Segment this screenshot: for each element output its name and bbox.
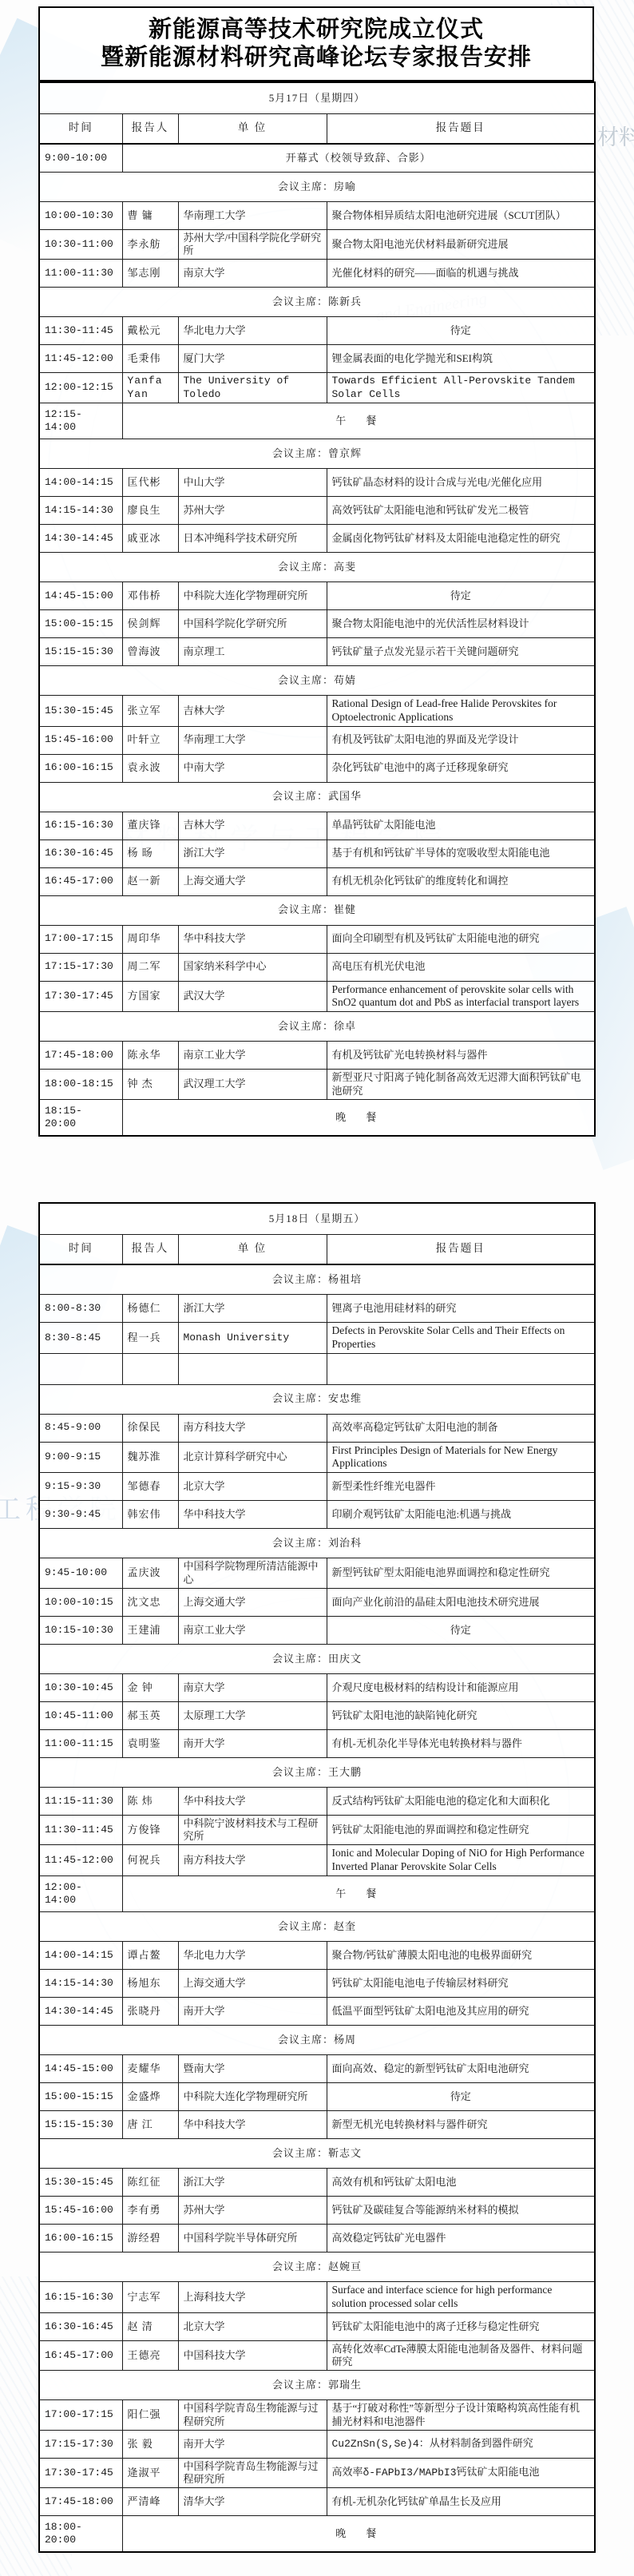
speaker-cell: 赵一新	[122, 867, 178, 895]
meal-cell: 晚 餐	[122, 1099, 595, 1136]
time-cell: 10:30-10:45	[39, 1673, 122, 1701]
talk-row: 11:00-11:30邹志刚南京大学光催化材料的研究——面临的机遇与挑战	[39, 260, 595, 288]
speaker-cell: 王建浦	[122, 1616, 178, 1644]
time-cell: 10:30-11:00	[39, 229, 122, 260]
session-chair-cell: 会议主席：武国华	[39, 782, 595, 812]
session-chair-cell: 会议主席：杨祖培	[39, 1264, 595, 1295]
talk-title-cell: 反式结构钙钛矿太阳能电池的稳定化和大面积化	[327, 1787, 595, 1815]
talk-row: 15:00-15:15金盛烨中科院大连化学物理研究所待定	[39, 2083, 595, 2111]
document-title: 新能源高等技术研究院成立仪式 暨新能源材料研究高峰论坛专家报告安排	[38, 6, 594, 81]
time-cell: 16:15-16:30	[39, 812, 122, 839]
meal-row: 18:15- 20:00晚 餐	[39, 1099, 595, 1136]
org-cell: 华南理工大学	[178, 726, 327, 754]
time-cell: 15:00-15:15	[39, 609, 122, 637]
speaker-cell: 周二军	[122, 953, 178, 981]
meal-cell: 晚 餐	[122, 2516, 595, 2553]
time-cell: 14:30-14:45	[39, 524, 122, 552]
speaker-cell: 张立军	[122, 695, 178, 726]
talk-row: 11:15-11:30陈 炜华中科技大学反式结构钙钛矿太阳能电池的稳定化和大面积…	[39, 1787, 595, 1815]
session-chair-cell: 会议主席：赵婉亘	[39, 2253, 595, 2282]
chair-row: 会议主席：赵奎	[39, 1912, 595, 1942]
talk-row: 17:15-17:30周二军国家纳米科学中心高电压有机光伏电池	[39, 953, 595, 981]
talk-row: 14:45-15:00麦耀华暨南大学面向高效、稳定的新型钙钛矿太阳电池研究	[39, 2055, 595, 2083]
talk-row: 16:00-16:15袁永波中南大学杂化钙钛矿电池中的离子迁移现象研究	[39, 754, 595, 782]
org-cell: 北京计算科学研究中心	[178, 1442, 327, 1473]
time-cell: 10:00-10:15	[39, 1588, 122, 1616]
speaker-cell: 戚亚冰	[122, 524, 178, 552]
talk-title-cell: 面向高效、稳定的新型钙钛矿太阳电池研究	[327, 2055, 595, 2083]
time-cell: 10:00-10:30	[39, 201, 122, 229]
talk-row: 18:00-18:15钟 杰武汉理工大学新型亚尺寸阳离子钝化制备高效无迟滞大面积…	[39, 1070, 595, 1100]
time-cell: 8:00-8:30	[39, 1294, 122, 1322]
chair-row: 会议主席：靳志文	[39, 2139, 595, 2169]
speaker-cell: 金盛烨	[122, 2083, 178, 2111]
session-chair-cell: 会议主席：郭瑞生	[39, 2371, 595, 2400]
speaker-cell: 唐 江	[122, 2111, 178, 2139]
time-cell: 9:30-9:45	[39, 1501, 122, 1529]
time-cell: 8:30-8:45	[39, 1322, 122, 1353]
talk-row: 17:00-17:15阳仁强中国科学院青岛生物能源与过程研究所基于“打破对称性”…	[39, 2400, 595, 2431]
org-cell: 华中科技大学	[178, 2111, 327, 2139]
session-chair-cell: 会议主席：苟婧	[39, 665, 595, 695]
time-cell: 14:45-15:00	[39, 2055, 122, 2083]
speaker-cell: 袁永波	[122, 754, 178, 782]
meal-row: 12:15- 14:00午 餐	[39, 403, 595, 439]
org-cell: 华中科技大学	[178, 1501, 327, 1529]
time-cell: 17:30-17:45	[39, 2458, 122, 2488]
chair-row: 会议主席：杨祖培	[39, 1264, 595, 1295]
org-cell: 国家纳米科学中心	[178, 953, 327, 981]
org-cell: 中科院大连化学物理研究所	[178, 2083, 327, 2111]
talk-title-cell: 钙钛矿及碳硅复合等能源纳米材料的模拟	[327, 2197, 595, 2225]
time-cell: 15:00-15:15	[39, 2083, 122, 2111]
time-cell: 17:00-17:15	[39, 925, 122, 953]
time-cell: 14:30-14:45	[39, 1998, 122, 2026]
time-cell: 15:45-16:00	[39, 726, 122, 754]
speaker-cell: 魏苏淮	[122, 1442, 178, 1473]
talk-row: 8:00-8:30杨德仁浙江大学锂离子电池用硅材料的研究	[39, 1294, 595, 1322]
org-cell: 南京工业大学	[178, 1616, 327, 1644]
org-cell: 厦门大学	[178, 345, 327, 373]
time-cell: 16:45-17:00	[39, 2340, 122, 2371]
speaker-cell: 匡代彬	[122, 468, 178, 496]
time-cell: 9:00-10:00	[39, 144, 122, 173]
talk-title-cell: 印刷介观钙钛矿太阳能电池:机遇与挑战	[327, 1501, 595, 1529]
talk-title-cell: 基于有机和钙钛矿半导体的宽吸收型太阳能电池	[327, 839, 595, 867]
meal-cell: 午 餐	[122, 403, 595, 439]
time-cell: 17:30-17:45	[39, 981, 122, 1012]
talk-title-cell: 高效率高稳定钙钛矿太阳电池的制备	[327, 1414, 595, 1442]
talk-row: 11:45-12:00何祝兵南方科技大学Ionic and Molecular …	[39, 1845, 595, 1876]
speaker-cell: 宁志军	[122, 2282, 178, 2313]
org-cell: 南京理工	[178, 637, 327, 665]
org-cell: 中国科技大学	[178, 2340, 327, 2371]
talk-row: 10:15-10:30王建浦南京工业大学待定	[39, 1616, 595, 1644]
time-cell: 10:15-10:30	[39, 1616, 122, 1644]
speaker-cell: 周印华	[122, 925, 178, 953]
time-cell: 14:15-14:30	[39, 496, 122, 524]
talk-row: 14:45-15:00邓伟桥中科院大连化学物理研究所待定	[39, 581, 595, 609]
talk-title-cell: 锂离子电池用硅材料的研究	[327, 1294, 595, 1322]
talk-title-cell: 低温平面型钙钛矿太阳电池及其应用的研究	[327, 1998, 595, 2026]
org-cell: The University of Toledo	[178, 373, 327, 403]
talk-row: 17:30-17:45方国家武汉大学Performance enhancemen…	[39, 981, 595, 1012]
talk-row: 16:45-17:00赵一新上海交通大学有机无机杂化钙钛矿的维度转化和调控	[39, 867, 595, 895]
talk-row: 17:00-17:15周印华华中科技大学面向全印刷型有机及钙钛矿太阳能电池的研究	[39, 925, 595, 953]
speaker-cell: Yanfa Yan	[122, 373, 178, 403]
org-cell: 南京大学	[178, 1673, 327, 1701]
org-cell: 上海科技大学	[178, 2282, 327, 2313]
talk-row: 14:30-14:45戚亚冰日本冲绳科学技术研究所金属卤化物钙钛矿材料及太阳能电…	[39, 524, 595, 552]
speaker-cell: 沈文忠	[122, 1588, 178, 1616]
time-cell: 11:45-12:00	[39, 345, 122, 373]
talk-row: 16:15-16:30宁志军上海科技大学Surface and interfac…	[39, 2282, 595, 2313]
talk-row: 12:00-12:15Yanfa YanThe University of To…	[39, 373, 595, 403]
speaker-cell: 张晓丹	[122, 1998, 178, 2026]
org-cell: 上海交通大学	[178, 1970, 327, 1998]
speaker-cell: 何祝兵	[122, 1845, 178, 1876]
talk-title-cell: 新型柔性纤维光电器件	[327, 1473, 595, 1501]
talk-title-cell: 有机-无机杂化半导体光电转换材料与器件	[327, 1729, 595, 1757]
org-cell: 中国科学院化学研究所	[178, 609, 327, 637]
speaker-cell: 叶轩立	[122, 726, 178, 754]
org-cell: 中国科学院半导体研究所	[178, 2225, 327, 2253]
session-chair-cell: 会议主席：杨周	[39, 2026, 595, 2055]
talk-row: 9:45-10:00孟庆波中国科学院物理所清洁能源中心新型钙钛矿型太阳能电池界面…	[39, 1558, 595, 1589]
time-cell: 11:30-11:45	[39, 1815, 122, 1845]
talk-row: 14:15-14:30杨旭东上海交通大学钙钛矿太阳能电池电子传输层材料研究	[39, 1970, 595, 1998]
session-chair-cell: 会议主席：曾京辉	[39, 439, 595, 468]
org-cell: 吉林大学	[178, 812, 327, 839]
session-chair-cell: 会议主席：王大鹏	[39, 1757, 595, 1787]
time-cell: 15:30-15:45	[39, 2169, 122, 2197]
speaker-cell: 李永舫	[122, 229, 178, 260]
time-cell: 14:45-15:00	[39, 581, 122, 609]
talk-title-cell: 有机及钙钛矿光电转换材料与器件	[327, 1042, 595, 1070]
talk-title-cell: 介观尺度电极材料的结构设计和能源应用	[327, 1673, 595, 1701]
talk-title-cell: 杂化钙钛矿电池中的离子迁移现象研究	[327, 754, 595, 782]
org-cell: 南开大学	[178, 1729, 327, 1757]
empty-cell	[122, 1353, 178, 1384]
schedule-table-day2: 5月18日（星期五）时间报告人单 位报告题目会议主席：杨祖培8:00-8:30杨…	[38, 1202, 596, 2554]
speaker-cell: 戴松元	[122, 317, 178, 345]
session-chair-cell: 会议主席：安忠维	[39, 1384, 595, 1414]
time-cell: 15:45-16:00	[39, 2197, 122, 2225]
talk-title-cell: 待定	[327, 581, 595, 609]
org-cell: 南京大学	[178, 260, 327, 288]
talk-title-cell: 金属卤化物钙钛矿材料及太阳能电池稳定性的研究	[327, 524, 595, 552]
talk-title-cell: First Principles Design of Materials for…	[327, 1442, 595, 1473]
speaker-cell: 王德亮	[122, 2340, 178, 2371]
speaker-cell: 钟 杰	[122, 1070, 178, 1100]
talk-title-cell: 高转化效率CdTe薄膜太阳能电池制备及器件、材料问题研究	[327, 2340, 595, 2371]
speaker-cell: 邹志刚	[122, 260, 178, 288]
time-cell: 9:45-10:00	[39, 1558, 122, 1589]
talk-row: 15:15-15:30唐 江华中科技大学新型无机光电转换材料与器件研究	[39, 2111, 595, 2139]
date-header-row: 5月17日（星期四）	[39, 82, 595, 114]
org-cell: 吉林大学	[178, 695, 327, 726]
talk-title-cell: 高电压有机光伏电池	[327, 953, 595, 981]
talk-row: 15:15-15:30曾海波南京理工钙钛矿量子点发光显示若干关键问题研究	[39, 637, 595, 665]
speaker-cell: 严清峰	[122, 2488, 178, 2516]
time-cell: 17:15-17:30	[39, 953, 122, 981]
time-cell: 12:15- 14:00	[39, 403, 122, 439]
schedule-table-day1: 5月17日（星期四）时间报告人单 位报告题目9:00-10:00开幕式（校领导致…	[38, 81, 596, 1137]
conference-schedule-document: 材料科学与工程学院 工程学院 材料 and Engineering 新能源高等技…	[0, 0, 634, 2576]
session-chair-cell: 会议主席：崔健	[39, 895, 595, 925]
talk-title-cell: 单晶钙钛矿太阳能电池	[327, 812, 595, 839]
empty-cell	[39, 1353, 122, 1384]
talk-title-cell: 有机及钙钛矿太阳电池的界面及光学设计	[327, 726, 595, 754]
talk-row: 15:45-16:00李有勇苏州大学钙钛矿及碳硅复合等能源纳米材料的模拟	[39, 2197, 595, 2225]
time-cell: 11:30-11:45	[39, 317, 122, 345]
session-chair-cell: 会议主席：田庆文	[39, 1644, 595, 1673]
chair-row: 会议主席：徐卓	[39, 1012, 595, 1042]
talk-title-cell: 新型钙钛矿型太阳能电池界面调控和稳定性研究	[327, 1558, 595, 1589]
speaker-cell: 陈 炜	[122, 1787, 178, 1815]
time-cell: 18:15- 20:00	[39, 1099, 122, 1136]
talk-title-cell: 新型无机光电转换材料与器件研究	[327, 2111, 595, 2139]
date-header-row: 5月18日（星期五）	[39, 1203, 595, 1235]
time-cell: 16:15-16:30	[39, 2282, 122, 2313]
column-header-0: 时间	[39, 113, 122, 144]
talk-row: 17:45-18:00陈永华南京工业大学有机及钙钛矿光电转换材料与器件	[39, 1042, 595, 1070]
talk-title-cell: 聚合物/钙钛矿薄膜太阳电池的电极界面研究	[327, 1942, 595, 1970]
column-header-row: 时间报告人单 位报告题目	[39, 1234, 595, 1264]
org-cell: 南方科技大学	[178, 1414, 327, 1442]
speaker-cell: 游经碧	[122, 2225, 178, 2253]
chair-row: 会议主席：郭瑞生	[39, 2371, 595, 2400]
talk-row: 10:00-10:30曹 镛华南理工大学聚合物体相异质结太阳电池研究进展（SCU…	[39, 201, 595, 229]
org-cell: 中国科学院青岛生物能源与过程研究所	[178, 2458, 327, 2488]
talk-title-cell: 钙钛矿晶态材料的设计合成与光电/光催化应用	[327, 468, 595, 496]
org-cell: 中科院宁波材料技术与工程研究所	[178, 1815, 327, 1845]
chair-row: 会议主席：田庆文	[39, 1644, 595, 1673]
talk-title-cell: 锂金属表面的电化学抛光和SEI构筑	[327, 345, 595, 373]
title-line-1: 新能源高等技术研究院成立仪式	[43, 16, 589, 44]
speaker-cell: 侯剑辉	[122, 609, 178, 637]
session-chair-cell: 会议主席：徐卓	[39, 1012, 595, 1042]
org-cell: 清华大学	[178, 2488, 327, 2516]
talk-title-cell: 面向产业化前沿的晶硅太阳电池技术研究进展	[327, 1588, 595, 1616]
time-cell: 16:00-16:15	[39, 754, 122, 782]
time-cell: 9:00-9:15	[39, 1442, 122, 1473]
talk-title-cell: Defects in Perovskite Solar Cells and Th…	[327, 1322, 595, 1353]
talk-title-cell: 高效有机和钙钛矿太阳电池	[327, 2169, 595, 2197]
speaker-cell: 董庆锋	[122, 812, 178, 839]
talk-title-cell: Towards Efficient All-Perovskite Tandem …	[327, 373, 595, 403]
speaker-cell: 杨旭东	[122, 1970, 178, 1998]
talk-title-cell: 钙钛矿太阳能电池中的离子迁移与稳定性研究	[327, 2312, 595, 2340]
talk-row: 17:15-17:30张 毅南开大学Cu2ZnSn(S,Se)4：从材料制备到器…	[39, 2430, 595, 2458]
org-cell: 华南理工大学	[178, 201, 327, 229]
speaker-cell: 廖良生	[122, 496, 178, 524]
session-chair-cell: 会议主席：刘治科	[39, 1529, 595, 1558]
org-cell: 苏州大学	[178, 2197, 327, 2225]
time-cell: 18:00-18:15	[39, 1070, 122, 1100]
time-cell: 16:30-16:45	[39, 839, 122, 867]
column-header-2: 单 位	[178, 113, 327, 144]
talk-row: 11:30-11:45方俊锋中科院宁波材料技术与工程研究所钙钛矿太阳能电池的界面…	[39, 1815, 595, 1845]
talk-row: 15:30-15:45陈红征浙江大学高效有机和钙钛矿太阳电池	[39, 2169, 595, 2197]
org-cell: 中国科学院物理所清洁能源中心	[178, 1558, 327, 1589]
talk-title-cell: 光催化材料的研究——面临的机遇与挑战	[327, 260, 595, 288]
talk-title-cell: 面向全印刷型有机及钙钛矿太阳能电池的研究	[327, 925, 595, 953]
talk-row: 10:45-11:00郝玉英太原理工大学钙钛矿太阳电池的缺陷钝化研究	[39, 1701, 595, 1729]
time-cell: 8:45-9:00	[39, 1414, 122, 1442]
column-header-1: 报告人	[122, 1234, 178, 1264]
empty-cell	[178, 1353, 327, 1384]
talk-title-cell: 待定	[327, 1616, 595, 1644]
schedule-content: 新能源高等技术研究院成立仪式 暨新能源材料研究高峰论坛专家报告安排 5月17日（…	[38, 6, 594, 2553]
speaker-cell: 金 钟	[122, 1673, 178, 1701]
org-cell: 浙江大学	[178, 839, 327, 867]
chair-row: 会议主席：刘治科	[39, 1529, 595, 1558]
org-cell: 中国科学院青岛生物能源与过程研究所	[178, 2400, 327, 2431]
talk-row: 10:00-10:15沈文忠上海交通大学面向产业化前沿的晶硅太阳电池技术研究进展	[39, 1588, 595, 1616]
talk-title-cell: 有机-无机杂化钙钛矿单晶生长及应用	[327, 2488, 595, 2516]
chair-row: 会议主席：房喻	[39, 172, 595, 201]
speaker-cell: 杨 旸	[122, 839, 178, 867]
talk-row: 17:45-18:00严清峰清华大学有机-无机杂化钙钛矿单晶生长及应用	[39, 2488, 595, 2516]
date-header: 5月17日（星期四）	[39, 82, 595, 114]
talk-title-cell: Surface and interface science for high p…	[327, 2282, 595, 2313]
time-cell: 14:00-14:15	[39, 468, 122, 496]
empty-cell	[327, 1353, 595, 1384]
session-chair-cell: 会议主席：高斐	[39, 552, 595, 581]
talk-title-cell: Ionic and Molecular Doping of NiO for Hi…	[327, 1845, 595, 1876]
talk-row: 9:00-9:15魏苏淮北京计算科学研究中心First Principles D…	[39, 1442, 595, 1473]
org-cell: 武汉理工大学	[178, 1070, 327, 1100]
time-cell: 16:45-17:00	[39, 867, 122, 895]
talk-title-cell: 高效稳定钙钛矿光电器件	[327, 2225, 595, 2253]
speaker-cell: 毛秉伟	[122, 345, 178, 373]
speaker-cell: 郝玉英	[122, 1701, 178, 1729]
speaker-cell: 阳仁强	[122, 2400, 178, 2431]
speaker-cell: 逄淑平	[122, 2458, 178, 2488]
org-cell: Monash University	[178, 1322, 327, 1353]
org-cell: 南京工业大学	[178, 1042, 327, 1070]
talk-title-cell: 聚合物太阳能电池中的光伏活性层材料设计	[327, 609, 595, 637]
time-cell: 15:15-15:30	[39, 2111, 122, 2139]
column-header-2: 单 位	[178, 1234, 327, 1264]
chair-row: 会议主席：曾京辉	[39, 439, 595, 468]
chair-row: 会议主席：崔健	[39, 895, 595, 925]
chair-row: 会议主席：杨周	[39, 2026, 595, 2055]
chair-row: 会议主席：陈新兵	[39, 288, 595, 317]
talk-title-cell: 钙钛矿太阳电池的缺陷钝化研究	[327, 1701, 595, 1729]
org-cell: 北京大学	[178, 2312, 327, 2340]
org-cell: 浙江大学	[178, 1294, 327, 1322]
time-cell: 14:00-14:15	[39, 1942, 122, 1970]
speaker-cell: 徐保民	[122, 1414, 178, 1442]
talk-row: 11:00-11:15袁明鉴南开大学有机-无机杂化半导体光电转换材料与器件	[39, 1729, 595, 1757]
time-cell: 11:45-12:00	[39, 1845, 122, 1876]
speaker-cell: 杨德仁	[122, 1294, 178, 1322]
org-cell: 中南大学	[178, 754, 327, 782]
org-cell: 中山大学	[178, 468, 327, 496]
time-cell: 17:45-18:00	[39, 2488, 122, 2516]
org-cell: 华中科技大学	[178, 925, 327, 953]
org-cell: 华北电力大学	[178, 317, 327, 345]
org-cell: 华北电力大学	[178, 1942, 327, 1970]
speaker-cell: 曹 镛	[122, 201, 178, 229]
talk-row: 14:15-14:30廖良生苏州大学高效钙钛矿太阳能电池和钙钛矿发光二极管	[39, 496, 595, 524]
org-cell: 中科院大连化学物理研究所	[178, 581, 327, 609]
time-cell: 11:00-11:15	[39, 1729, 122, 1757]
chair-row: 会议主席：武国华	[39, 782, 595, 812]
org-cell: 南开大学	[178, 1998, 327, 2026]
speaker-cell: 曾海波	[122, 637, 178, 665]
time-cell: 9:15-9:30	[39, 1473, 122, 1501]
time-cell: 12:00-12:15	[39, 373, 122, 403]
talk-row: 14:00-14:15谭占鳌华北电力大学聚合物/钙钛矿薄膜太阳电池的电极界面研究	[39, 1942, 595, 1970]
talk-row: 16:00-16:15游经碧中国科学院半导体研究所高效稳定钙钛矿光电器件	[39, 2225, 595, 2253]
talk-title-cell: 高效钙钛矿太阳能电池和钙钛矿发光二极管	[327, 496, 595, 524]
talk-row: 15:30-15:45张立军吉林大学Rational Design of Lea…	[39, 695, 595, 726]
chair-row: 会议主席：赵婉亘	[39, 2253, 595, 2282]
speaker-cell: 韩宏伟	[122, 1501, 178, 1529]
talk-row: 11:45-12:00毛秉伟厦门大学锂金属表面的电化学抛光和SEI构筑	[39, 345, 595, 373]
org-cell: 苏州大学/中国科学院化学研究所	[178, 229, 327, 260]
talk-title-cell: 钙钛矿量子点发光显示若干关键问题研究	[327, 637, 595, 665]
date-header: 5月18日（星期五）	[39, 1203, 595, 1235]
talk-row: 10:30-11:00李永舫苏州大学/中国科学院化学研究所聚合物太阳电池光伏材料…	[39, 229, 595, 260]
session-chair-cell: 会议主席：房喻	[39, 172, 595, 201]
talk-title-cell: 钙钛矿太阳能电池电子传输层材料研究	[327, 1970, 595, 1998]
talk-title-cell: 钙钛矿太阳能电池的界面调控和稳定性研究	[327, 1815, 595, 1845]
org-cell: 太原理工大学	[178, 1701, 327, 1729]
talk-title-cell: Performance enhancement of perovskite so…	[327, 981, 595, 1012]
chair-row: 会议主席：苟婧	[39, 665, 595, 695]
time-cell: 12:00- 14:00	[39, 1876, 122, 1912]
talk-row: 16:45-17:00王德亮中国科技大学高转化效率CdTe薄膜太阳能电池制备及器…	[39, 2340, 595, 2371]
talk-row: 16:30-16:45杨 旸浙江大学基于有机和钙钛矿半导体的宽吸收型太阳能电池	[39, 839, 595, 867]
talk-row: 11:30-11:45戴松元华北电力大学待定	[39, 317, 595, 345]
speaker-cell: 袁明鉴	[122, 1729, 178, 1757]
speaker-cell: 程一兵	[122, 1322, 178, 1353]
org-cell: 北京大学	[178, 1473, 327, 1501]
event-row: 9:00-10:00开幕式（校领导致辞、合影）	[39, 144, 595, 173]
time-cell: 16:30-16:45	[39, 2312, 122, 2340]
time-cell: 18:00- 20:00	[39, 2516, 122, 2553]
speaker-cell: 谭占鳌	[122, 1942, 178, 1970]
speaker-cell: 张 毅	[122, 2430, 178, 2458]
talk-row: 10:30-10:45金 钟南京大学介观尺度电极材料的结构设计和能源应用	[39, 1673, 595, 1701]
org-cell: 上海交通大学	[178, 1588, 327, 1616]
talk-row: 8:45-9:00徐保民南方科技大学高效率高稳定钙钛矿太阳电池的制备	[39, 1414, 595, 1442]
org-cell: 日本冲绳科学技术研究所	[178, 524, 327, 552]
time-cell: 17:00-17:15	[39, 2400, 122, 2431]
column-header-3: 报告题目	[327, 1234, 595, 1264]
session-chair-cell: 会议主席：靳志文	[39, 2139, 595, 2169]
speaker-cell: 李有勇	[122, 2197, 178, 2225]
watermark-materials-text: 材料	[597, 120, 634, 151]
talk-row: 9:15-9:30邹德春北京大学新型柔性纤维光电器件	[39, 1473, 595, 1501]
talk-row: 8:30-8:45程一兵Monash UniversityDefects in …	[39, 1322, 595, 1353]
org-cell: 浙江大学	[178, 2169, 327, 2197]
talk-row: 14:00-14:15匡代彬中山大学钙钛矿晶态材料的设计合成与光电/光催化应用	[39, 468, 595, 496]
speaker-cell: 麦耀华	[122, 2055, 178, 2083]
meal-row: 12:00- 14:00午 餐	[39, 1876, 595, 1912]
chair-row: 会议主席：王大鹏	[39, 1757, 595, 1787]
talk-row: 17:30-17:45逄淑平中国科学院青岛生物能源与过程研究所高效率δ-FAPb…	[39, 2458, 595, 2488]
title-line-2: 暨新能源材料研究高峰论坛专家报告安排	[43, 44, 589, 72]
meal-row: 18:00- 20:00晚 餐	[39, 2516, 595, 2553]
column-header-1: 报告人	[122, 113, 178, 144]
column-header-0: 时间	[39, 1234, 122, 1264]
speaker-cell: 邹德春	[122, 1473, 178, 1501]
